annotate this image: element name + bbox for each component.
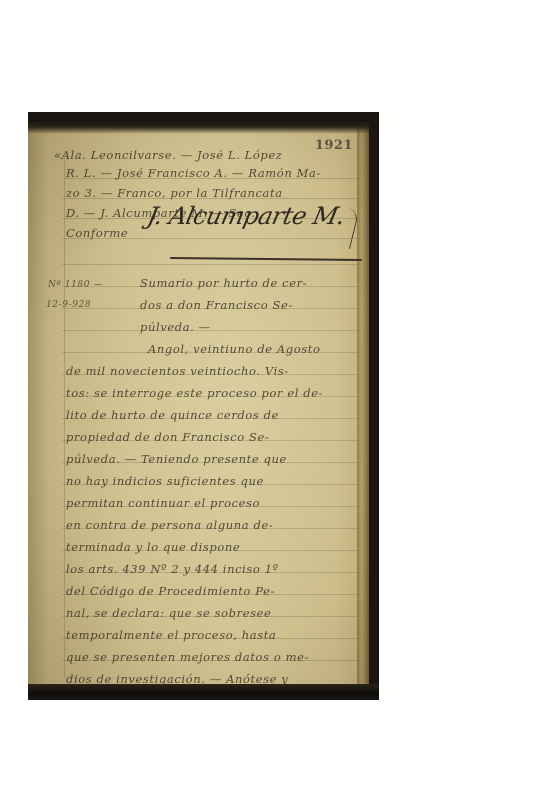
conforme-label: Conforme (66, 226, 128, 240)
entry-body-line: del Código de Procedimiento Pe- (66, 584, 275, 598)
entry-body-line: permitan continuar el proceso (66, 496, 260, 510)
ledger-page: 1921 «Ala. Leoncilvarse. — José L. López… (28, 120, 369, 685)
handwritten-line: R. L. — José Francisco A. — Ramón Ma- (66, 166, 321, 180)
page-top-shadow (28, 120, 369, 134)
viewer-canvas: 1921 «Ala. Leoncilvarse. — José L. López… (0, 0, 533, 800)
entry-body-line: no hay indicios suficientes que (66, 474, 264, 488)
entry-body-line: que se presenten mejores datos o me- (66, 650, 309, 664)
scanned-page: 1921 «Ala. Leoncilvarse. — José L. López… (28, 112, 379, 700)
page-binding-edge (357, 126, 369, 694)
page-bottom-edge (28, 684, 379, 700)
entry-body-line: dios de investigación. — Anótese y (66, 672, 288, 686)
handwritten-line: «Ala. Leoncilvarse. — José L. López (54, 148, 282, 162)
entry-body-line: de mil novecientos veintiocho. Vis- (66, 364, 289, 378)
signature: J. Alcumparte M. (145, 202, 347, 230)
entry-body-line: los arts. 439 Nº 2 y 444 inciso 1º (66, 562, 279, 576)
case-date: 12-9-928 (46, 300, 91, 310)
entry-title-line: púlveda. — (140, 320, 211, 334)
page-number: 1921 (315, 138, 353, 153)
entry-body-line: en contra de persona alguna de- (66, 518, 273, 532)
ruled-line (62, 264, 360, 265)
entry-body-line: tos: se interroge este proceso por el de… (66, 386, 323, 400)
entry-title-line: dos a don Francisco Se- (140, 298, 293, 312)
handwritten-line: zo 3. — Franco, por la Tilfrancata (66, 186, 283, 200)
entry-body-line: nal, se declara: que se sobresee (66, 606, 271, 620)
entry-title-line: Sumario por hurto de cer- (140, 276, 307, 290)
entry-body-line: propiedad de don Francisco Se- (66, 430, 269, 444)
entry-body-line: púlveda. — Teniendo presente que (66, 452, 287, 466)
case-number: Nº 1180 — (48, 280, 103, 290)
entry-body-line: lito de hurto de quince cerdos de (66, 408, 279, 422)
entry-body-line: Angol, veintiuno de Agosto (148, 342, 321, 356)
signature-underline (170, 257, 362, 261)
ruled-line (62, 330, 360, 331)
entry-body-line: temporalmente el proceso, hasta (66, 628, 276, 642)
entry-body-line: terminada y lo que dispone (66, 540, 240, 554)
